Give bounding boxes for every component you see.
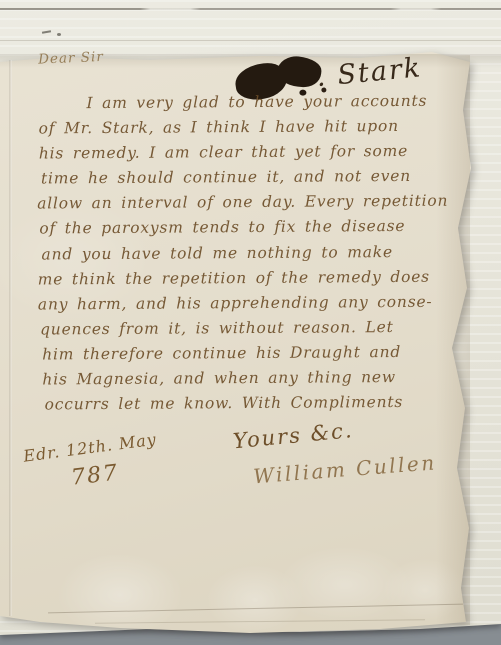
closing: Yours &c. — [232, 418, 355, 453]
signature: William Cullen — [252, 450, 437, 488]
body-line: his Magnesia, and when any thing new — [42, 368, 396, 388]
body-line: occurrs let me know. With Compliments — [45, 393, 404, 414]
salutation: Dear Sir — [38, 49, 104, 68]
body-line: of the paroxysm tends to fix the disease — [39, 217, 405, 238]
dateline-place: Edr. 12th. May — [22, 430, 158, 466]
body-line: and you have told me nothing to make — [41, 243, 393, 263]
body-line: time he should continue it, and not even — [41, 167, 411, 188]
body-line: quences from it, is without reason. Let — [40, 318, 394, 338]
body-line: his remedy. I am clear that yet for some — [39, 142, 408, 163]
body-line: any harm, and his apprehending any conse… — [38, 293, 433, 314]
handwritten-letter: Dear Sir . Stark I am very glad to have … — [0, 0, 501, 645]
body-line: allow an interval of one day. Every repe… — [37, 192, 448, 213]
dateline-year: 787 — [70, 460, 120, 490]
body-line: him therefore continue his Draught and — [42, 343, 401, 364]
body-line: I am very glad to have your accounts — [86, 92, 427, 112]
body-line: me think the repetition of the remedy do… — [38, 268, 430, 289]
letter-scan: Dear Sir . Stark I am very glad to have … — [0, 0, 501, 645]
body-line: of Mr. Stark, as I think I have hit upon — [39, 117, 399, 138]
